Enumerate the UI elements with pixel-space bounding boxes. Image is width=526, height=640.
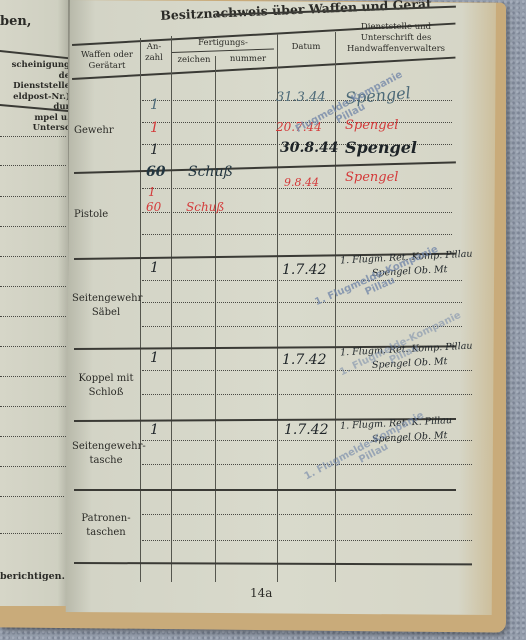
- entry-line: [142, 302, 462, 303]
- entry-line: [142, 540, 472, 541]
- header-office: Dienststelle und Unterschrift des Handwa…: [336, 22, 456, 55]
- left-dotted-line: [0, 533, 62, 534]
- left-page-certification-box: scheinigung de Dienststelle eldpost-Nr.)…: [0, 60, 70, 134]
- category-gewehr: Gewehr: [74, 124, 136, 138]
- pistole-mark-3: Schuß: [186, 200, 224, 214]
- tasche-date: 1.7.42: [284, 422, 329, 438]
- category-koppel-mit-schloss: Koppel mit Schloß: [72, 372, 140, 400]
- saebel-count: 1: [150, 260, 159, 276]
- gewehr-count-3: 1: [150, 142, 159, 158]
- header-manufacture: Fertigungs-: [172, 38, 274, 49]
- entry-line: [142, 464, 472, 465]
- left-dotted-line: [0, 226, 66, 227]
- left-box-top-line: [0, 50, 70, 59]
- left-page-fragment-top: ben,: [0, 14, 31, 29]
- saebel-date: 1.7.42: [282, 262, 327, 278]
- left-dotted-line: [0, 466, 66, 467]
- koppel-date: 1.7.42: [282, 352, 327, 368]
- category-seitengewehrtasche: Seitengewehr-tasche: [72, 440, 140, 468]
- category-pistole: Pistole: [74, 208, 136, 222]
- left-dotted-line: [0, 196, 66, 197]
- column-divider: [277, 34, 278, 582]
- row-separator: [74, 489, 456, 491]
- gewehr-date-3: 30.8.44: [280, 140, 338, 156]
- gewehr-signature-2: Spengel: [345, 118, 398, 133]
- category-patronentaschen: Patronen-taschen: [72, 512, 140, 540]
- left-dotted-line: [0, 406, 66, 407]
- left-dotted-line: [0, 165, 66, 166]
- tasche-count: 1: [150, 422, 159, 438]
- left-page: ben, scheinigung de Dienststelle eldpost…: [0, 0, 72, 606]
- header-weapon: Waffen oder Gerätart: [76, 50, 138, 72]
- left-dotted-line: [0, 496, 64, 497]
- left-dotted-line: [0, 436, 66, 437]
- column-divider: [140, 38, 141, 582]
- header-mark: zeichen: [172, 55, 216, 66]
- gewehr-count-1: 1: [150, 97, 159, 113]
- left-dotted-line: [0, 346, 66, 347]
- box-line: mpel u. Untersc: [0, 113, 70, 134]
- gewehr-signature-3: Spengel: [345, 138, 417, 157]
- gewehr-date-1: 31.3.44: [276, 90, 326, 105]
- column-divider: [171, 36, 172, 582]
- left-dotted-line: [0, 286, 66, 287]
- header-count: An-zahl: [140, 42, 168, 64]
- entry-line: [142, 370, 472, 371]
- left-dotted-line: [0, 136, 66, 137]
- header-number: nummer: [220, 54, 276, 65]
- header-date: Datum: [278, 42, 334, 53]
- entry-line: [142, 394, 472, 395]
- pistole-count-1: 60: [146, 164, 165, 180]
- page-number: 14a: [250, 586, 272, 600]
- category-seitengewehr-saebel: Seitengewehr Säbel: [72, 292, 140, 320]
- pistole-signature-2: Spengel: [345, 170, 398, 185]
- pistole-count-2: 1: [148, 185, 156, 199]
- pistole-date-2: 9.8.44: [284, 176, 319, 189]
- pistole-count-3: 60: [146, 200, 161, 214]
- koppel-count: 1: [150, 350, 159, 366]
- box-line: Dienststelle: [0, 81, 70, 92]
- left-dotted-line: [0, 376, 66, 377]
- entry-line: [142, 514, 472, 515]
- pistole-mark-1: Schuß: [188, 164, 233, 180]
- left-page-fragment-bottom: berichtigen.: [0, 571, 65, 582]
- column-divider: [215, 56, 216, 582]
- left-dotted-line: [0, 316, 66, 317]
- left-dotted-line: [0, 256, 66, 257]
- entry-line: [142, 326, 462, 327]
- entry-line: [142, 234, 452, 235]
- box-line: scheinigung de: [0, 60, 70, 81]
- entry-line: [142, 280, 462, 281]
- gewehr-count-2: 1: [150, 120, 159, 136]
